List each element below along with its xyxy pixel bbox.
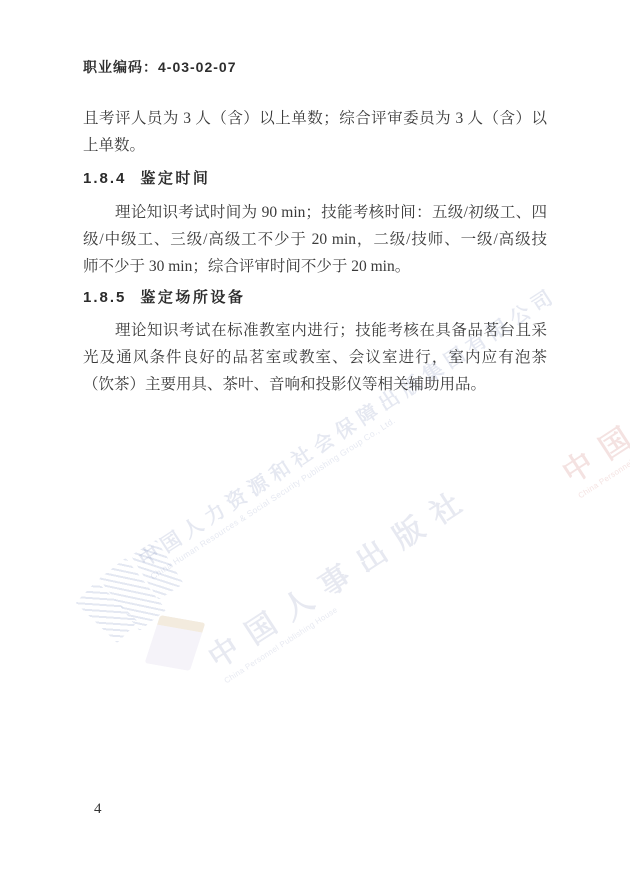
paragraph-assessment-time: 理论知识考试时间为 90 min；技能考核时间：五级/初级工、四 级/中级工、三… (83, 199, 547, 280)
paragraph-line: 师不少于 30 min；综合评审时间不少于 20 min。 (83, 253, 547, 280)
page-number: 4 (94, 801, 102, 818)
paragraph-line: 理论知识考试在标准教室内进行；技能考核在具备品茗台且采 (83, 317, 547, 344)
page-content: 职业编码：4-03-02-07 且考评人员为 3 人（含）以上单数；综合评审委员… (0, 0, 630, 883)
paragraph-line: 上单数。 (83, 132, 547, 159)
paragraph-venue-equipment: 理论知识考试在标准教室内进行；技能考核在具备品茗台且采 光及通风条件良好的品茗室… (83, 317, 547, 398)
paragraph-line: 光及通风条件良好的品茗室或教室、会议室进行，室内应有泡茶 (83, 344, 547, 371)
paragraph-line: 级/中级工、三级/高级工不少于 20 min，二级/技师、一级/高级技 (83, 226, 547, 253)
document-page: 中国人力资源和社会保障出版集团有限公司 China Human Resource… (0, 0, 630, 883)
section-heading-1-8-5: 1.8.5 鉴定场所设备 (83, 286, 245, 307)
paragraph-continuation: 且考评人员为 3 人（含）以上单数；综合评审委员为 3 人（含）以 上单数。 (83, 105, 547, 159)
heading-title: 鉴定场所设备 (140, 286, 245, 307)
section-heading-1-8-4: 1.8.4 鉴定时间 (83, 167, 210, 188)
heading-number: 1.8.4 (83, 170, 126, 187)
heading-number: 1.8.5 (83, 289, 126, 306)
paragraph-line: 理论知识考试时间为 90 min；技能考核时间：五级/初级工、四 (83, 199, 547, 226)
occupation-code-header: 职业编码：4-03-02-07 (83, 57, 237, 77)
paragraph-line: （饮茶）主要用具、茶叶、音响和投影仪等相关辅助用品。 (83, 371, 547, 398)
paragraph-line: 且考评人员为 3 人（含）以上单数；综合评审委员为 3 人（含）以 (83, 105, 547, 132)
heading-title: 鉴定时间 (140, 167, 210, 188)
